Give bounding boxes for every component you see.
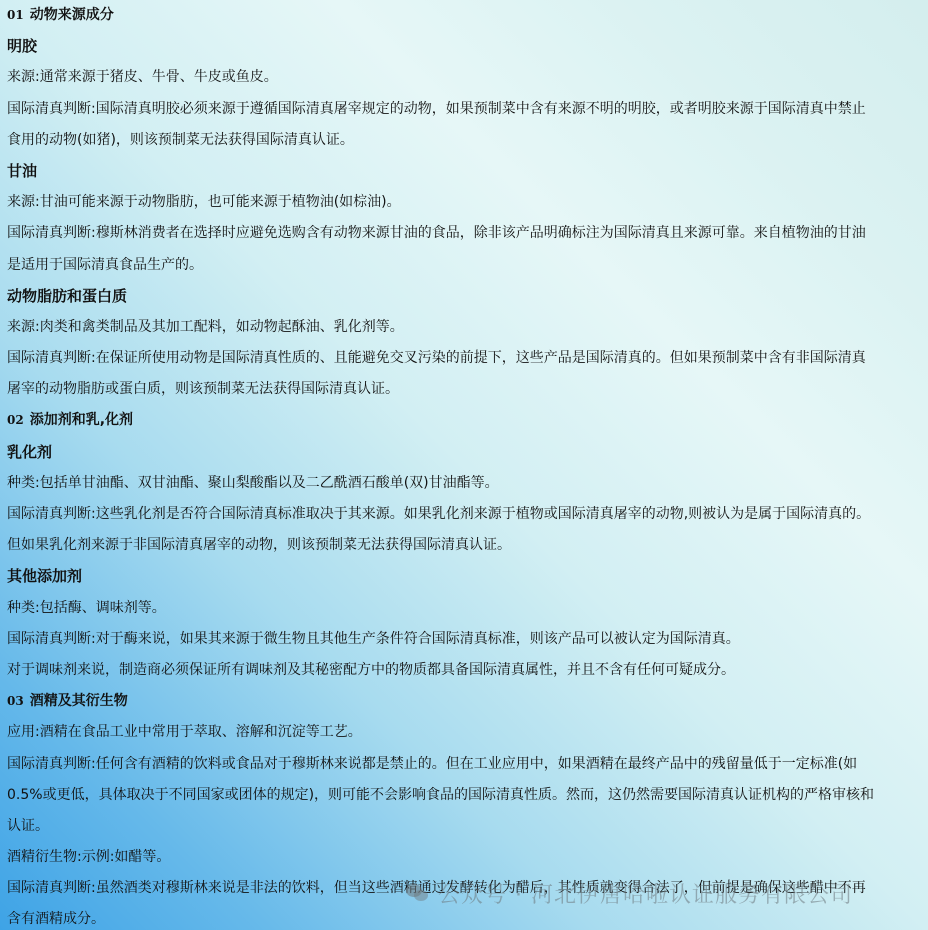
subsection-title: 动物脂肪和蛋白质 (7, 281, 923, 312)
paragraph-line: 应用:酒精在食品工业中常用于萃取、溶解和沉淀等工艺。 (7, 717, 923, 748)
wechat-icon (406, 884, 430, 904)
subsection-title: 甘油 (7, 156, 923, 187)
paragraph-line: 国际清真判断:对于酶来说，如果其来源于微生物且其他生产条件符合国际清真标准，则该… (7, 624, 923, 655)
paragraph-line: 来源:肉类和禽类制品及其加工配料，如动物起酥油、乳化剂等。 (7, 312, 923, 343)
paragraph-line: 来源:甘油可能来源于动物脂肪，也可能来源于植物油(如棕油)。 (7, 187, 923, 218)
paragraph-line: 对于调味剂来说，制造商必须保证所有调味剂及其秘密配方中的物质都具备国际清真属性，… (7, 655, 923, 686)
paragraph-line: 国际清真判断:在保证所使用动物是国际清真性质的、且能避免交叉污染的前提下，这些产… (7, 343, 923, 374)
paragraph-line: 酒精衍生物:示例:如醋等。 (7, 842, 923, 873)
paragraph-line: 屠宰的动物脂肪或蛋白质，则该预制菜无法获得国际清真认证。 (7, 374, 923, 405)
paragraph-line: 国际清真判断:任何含有酒精的饮料或食品对于穆斯林来说都是禁止的。但在工业应用中，… (7, 749, 923, 780)
watermark: 公众号 · 河北伊唐哈啦认证服务有限公司 (406, 878, 853, 909)
section-title: 动物来源成分 (30, 7, 114, 23)
paragraph-line: 国际清真判断:这些乳化剂是否符合国际清真标准取决于其来源。如果乳化剂来源于植物或… (7, 499, 923, 530)
paragraph-line: 是适用于国际清真食品生产的。 (7, 250, 923, 281)
section-title: 酒精及其衍生物 (30, 693, 128, 709)
subsection-title: 其他添加剂 (7, 561, 923, 592)
paragraph-line: 国际清真判断:穆斯林消费者在选择时应避免选购含有动物来源甘油的食品，除非该产品明… (7, 218, 923, 249)
section-number: 03 (7, 694, 24, 708)
paragraph-line: 0.5%或更低，具体取决于不同国家或团体的规定)，则可能不会影响食品的国际清真性… (7, 780, 923, 811)
paragraph-line: 但如果乳化剂来源于非国际清真屠宰的动物，则该预制菜无法获得国际清真认证。 (7, 530, 923, 561)
paragraph-line: 认证。 (7, 811, 923, 842)
paragraph-line: 种类:包括酶、调味剂等。 (7, 593, 923, 624)
subsection-title: 明胶 (7, 31, 923, 62)
watermark-text: 公众号 · 河北伊唐哈啦认证服务有限公司 (438, 878, 853, 909)
section-heading: 01动物来源成分 (7, 0, 923, 31)
paragraph-line: 食用的动物(如猪)，则该预制菜无法获得国际清真认证。 (7, 125, 923, 156)
paragraph-line: 种类:包括单甘油酯、双甘油酯、聚山梨酸酯以及二乙酰酒石酸单(双)甘油酯等。 (7, 468, 923, 499)
section-number: 01 (7, 8, 24, 22)
document-body: 01动物来源成分 明胶 来源:通常来源于猪皮、牛骨、牛皮或鱼皮。 国际清真判断:… (7, 0, 923, 930)
section-heading: 03酒精及其衍生物 (7, 686, 923, 717)
section-number: 02 (7, 413, 24, 427)
paragraph-line: 来源:通常来源于猪皮、牛骨、牛皮或鱼皮。 (7, 62, 923, 93)
paragraph-line: 国际清真判断:国际清真明胶必须来源于遵循国际清真屠宰规定的动物，如果预制菜中含有… (7, 94, 923, 125)
section-heading: 02添加剂和乳,化剂 (7, 405, 923, 436)
subsection-title: 乳化剂 (7, 437, 923, 468)
section-title: 添加剂和乳,化剂 (30, 412, 133, 428)
